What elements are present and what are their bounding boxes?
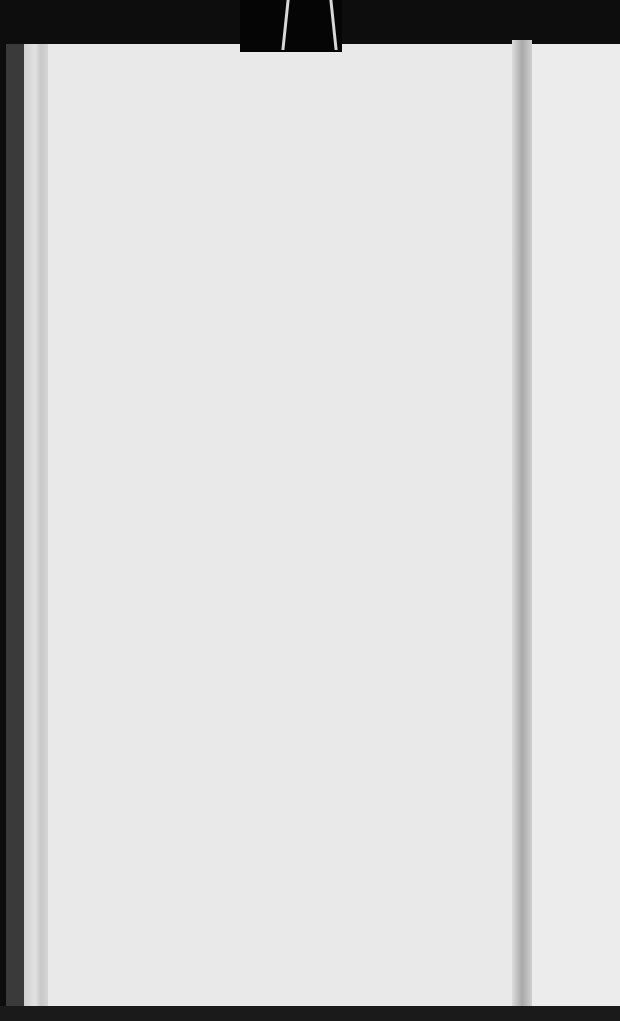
right-page — [523, 44, 620, 1012]
binder-clip — [240, 0, 342, 52]
clip-wire-left — [281, 0, 289, 50]
left-page — [48, 44, 520, 1012]
book-gutter — [512, 40, 532, 1015]
clip-wire-right — [329, 0, 337, 50]
book-bottom — [0, 1006, 620, 1021]
